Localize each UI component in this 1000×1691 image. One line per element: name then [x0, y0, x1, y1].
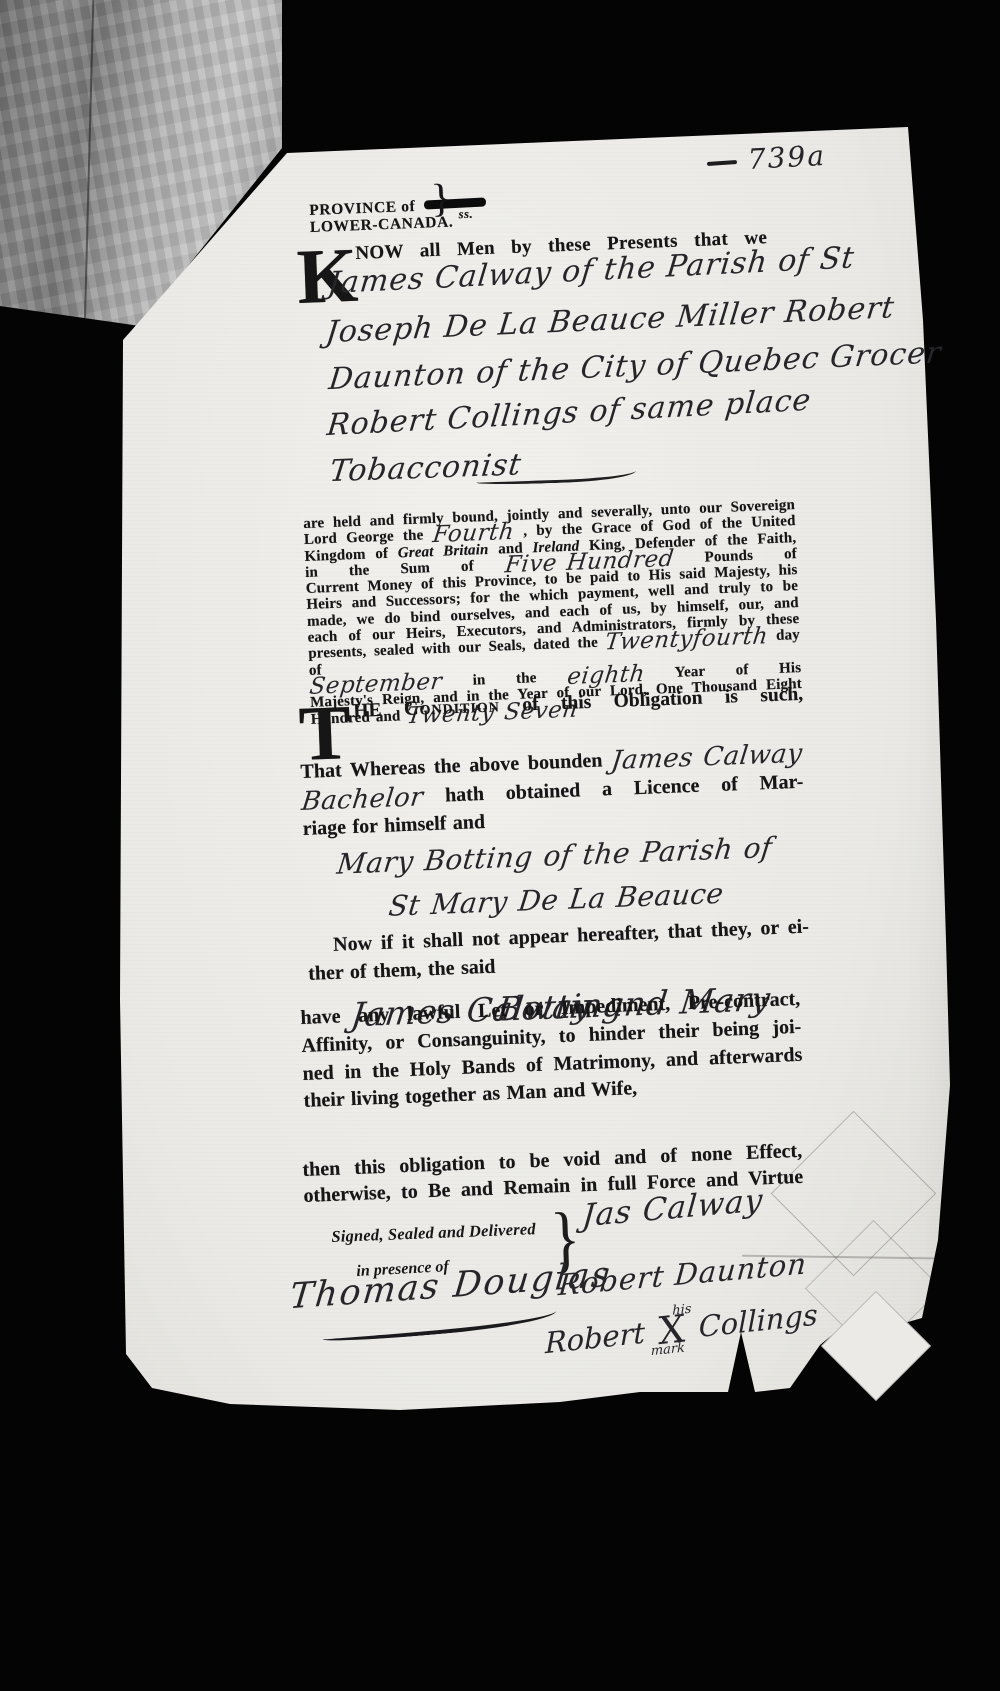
handwritten-text: Mary Botting of the Parish of	[337, 847, 772, 864]
mark-label: mark	[651, 1341, 685, 1358]
printed-text: ther of them, the said	[308, 956, 496, 985]
handwritten-text: September	[310, 682, 442, 687]
scilicet-abbreviation: ss.	[458, 206, 473, 224]
printed-text: HE	[353, 699, 404, 722]
handwritten-text: Bachelor	[302, 797, 424, 802]
handwritten-text: St Mary De La Beauce	[389, 893, 724, 906]
brace-glyph: }	[431, 191, 452, 208]
handwritten-text: Twentyfourth	[606, 637, 769, 643]
collings-last-name: Collings	[699, 1298, 818, 1345]
impediment-paragraph: have any lawful Let or Impediment, Pre-c…	[300, 986, 804, 1116]
folio-number: 739a	[747, 139, 827, 176]
handwritten-text: Fourth	[433, 532, 514, 535]
microfilm-frame: PROVINCE of LOWER-CANADA. } ss. 739a K N…	[0, 0, 1000, 1691]
printed-text: Condition	[404, 694, 501, 720]
handwritten-text: eighth	[567, 674, 645, 677]
handwritten-text: Five Hundred	[505, 559, 674, 565]
collings-first-name: Robert	[545, 1316, 645, 1361]
his-mark-cross: his X mark	[649, 1300, 695, 1360]
his-label: his	[672, 1303, 691, 1318]
handwritten-text: James Calway	[611, 754, 802, 761]
